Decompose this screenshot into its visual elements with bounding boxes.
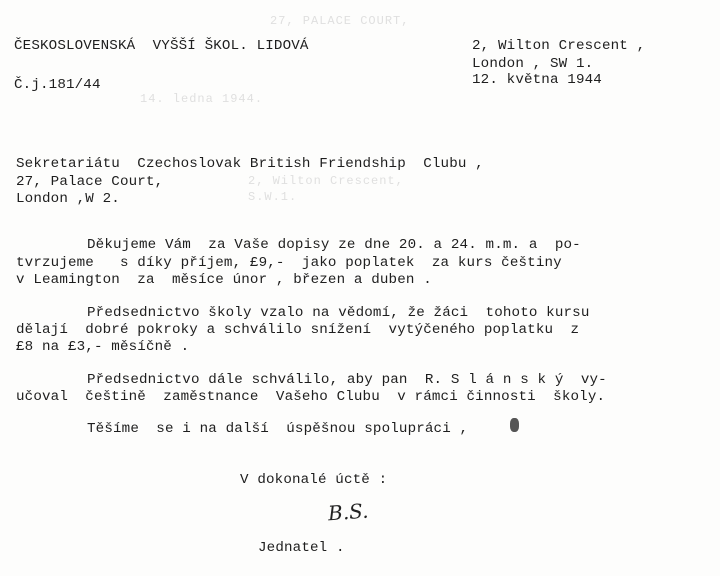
recipient-line: London ,W 2.	[16, 191, 120, 207]
organization-name: ČESKOSLOVENSKÁ VYŠŠÍ ŠKOL. LIDOVÁ	[14, 38, 309, 54]
show-through-text: 2, Wilton Crescent,	[248, 174, 404, 188]
sender-address-line: London , SW 1.	[472, 56, 593, 72]
body-line: Těšíme se i na další úspěšnou spolupráci…	[87, 421, 468, 437]
show-through-text: 27, PALACE COURT,	[270, 14, 409, 28]
recipient-line: Sekretariátu Czechoslovak British Friend…	[16, 156, 484, 172]
body-line: dělají dobré pokroky a schválilo snížení…	[16, 322, 579, 338]
sender-address-line: 2, Wilton Crescent ,	[472, 38, 645, 54]
signatory-title: Jednatel .	[258, 540, 345, 556]
body-line: £8 na £3,- měsíčně .	[16, 339, 189, 355]
body-line: Předsednictvo dále schválilo, aby pan R.…	[87, 372, 607, 388]
handwritten-signature: B.S.	[327, 499, 369, 526]
letter-date: 12. května 1944	[472, 72, 602, 88]
recipient-line: 27, Palace Court,	[16, 174, 163, 190]
body-line: Děkujeme Vám za Vaše dopisy ze dne 20. a…	[87, 237, 581, 253]
ink-blot	[510, 418, 519, 432]
body-line: Předsednictvo školy vzalo na vědomí, že …	[87, 305, 590, 321]
show-through-text: S.W.1.	[248, 190, 297, 204]
body-line: v Leamington za měsíce únor , březen a d…	[16, 272, 432, 288]
show-through-text: 14. ledna 1944.	[140, 92, 263, 106]
reference-number: Č.j.181/44	[14, 77, 101, 93]
body-line: učoval češtině zaměstnance Vašeho Clubu …	[16, 389, 605, 405]
scanned-letter-page: 27, PALACE COURT, 14. ledna 1944. 2, Wil…	[0, 0, 720, 576]
closing-salutation: V dokonalé úctě :	[240, 472, 387, 488]
body-line: tvrzujeme s díky příjem, £9,- jako popla…	[16, 255, 562, 271]
